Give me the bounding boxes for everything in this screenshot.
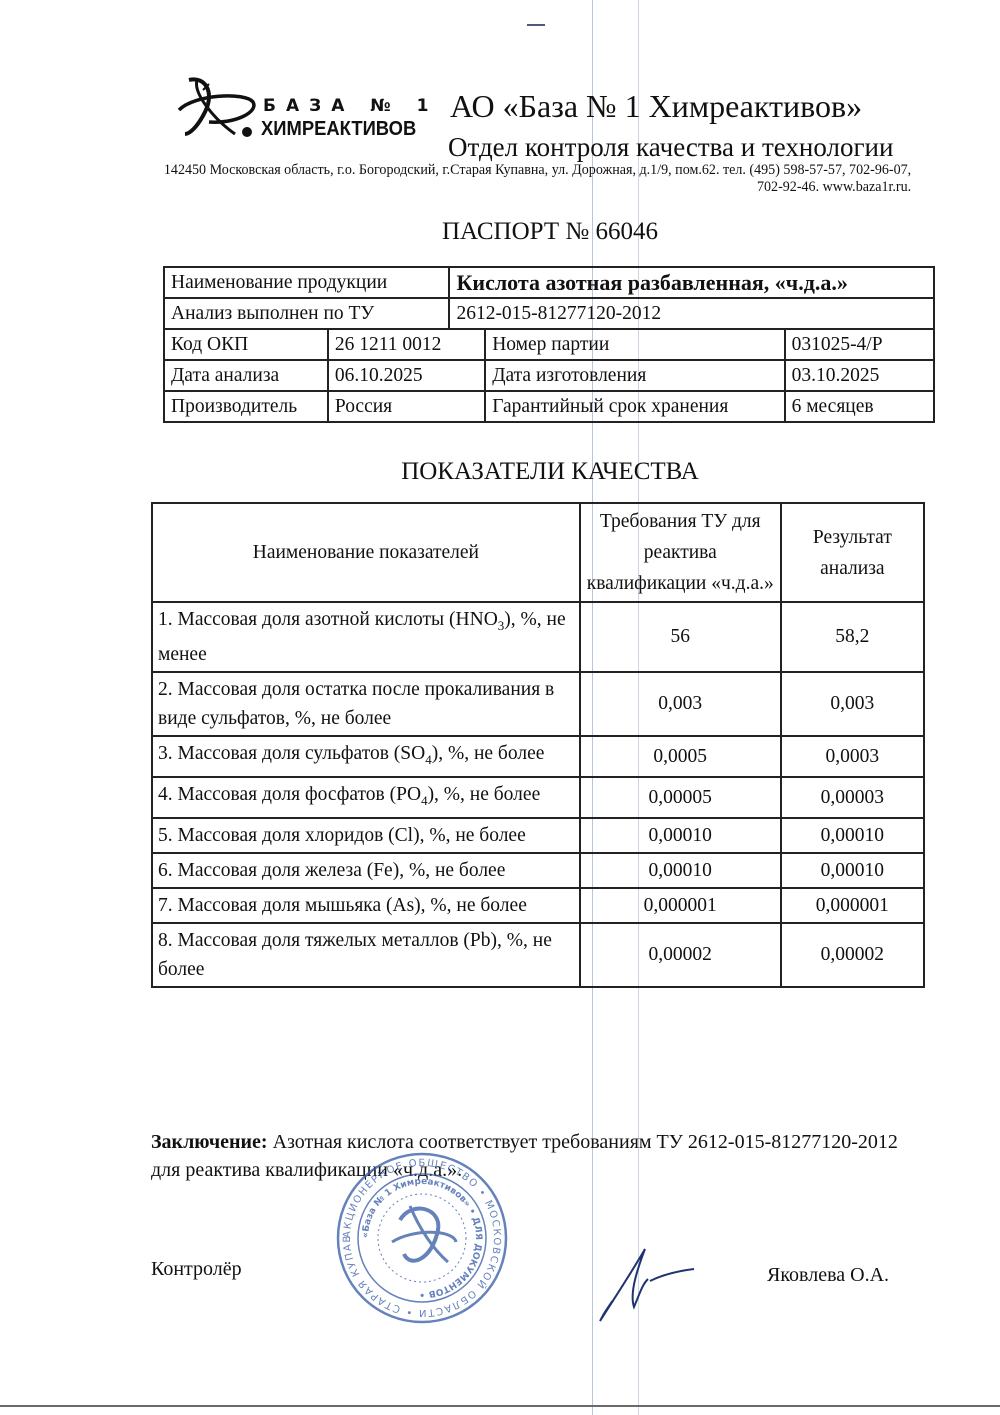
- indicator-name: 8. Массовая доля тяжелых металлов (Pb), …: [152, 923, 580, 987]
- spec-label: Анализ выполнен по ТУ: [164, 298, 449, 329]
- logo-text-baza: БАЗА № 1: [263, 96, 438, 116]
- table-row: 3. Массовая доля сульфатов (SO4), %, не …: [152, 736, 924, 777]
- table-row: 4. Массовая доля фосфатов (PO4), %, не б…: [152, 777, 924, 818]
- result-value: 0,00010: [781, 853, 924, 888]
- svg-text:«База № 1 Химреактивов» • ДЛЯ: «База № 1 Химреактивов» • ДЛЯ ДОКУМЕНТОВ…: [361, 1177, 483, 1299]
- result-value: 0,00010: [781, 818, 924, 853]
- result-value: 0,00003: [781, 777, 924, 818]
- scan-mark: [527, 24, 545, 26]
- letterhead: БАЗА № 1 ХИМРЕАКТИВОВ АО «База № 1 Химре…: [175, 72, 935, 202]
- table-header-row: Наименование показателей Требования ТУ д…: [152, 503, 924, 602]
- result-value: 0,0003: [781, 736, 924, 777]
- result-value: 0,003: [781, 672, 924, 736]
- indicator-name: 4. Массовая доля фосфатов (PO4), %, не б…: [152, 777, 580, 818]
- indicator-name: 3. Массовая доля сульфатов (SO4), %, не …: [152, 736, 580, 777]
- table-row: 6. Массовая доля железа (Fe), %, не боле…: [152, 853, 924, 888]
- indicator-name: 2. Массовая доля остатка после прокалива…: [152, 672, 580, 736]
- indicator-name: 5. Массовая доля хлоридов (Cl), %, не бо…: [152, 818, 580, 853]
- indicator-name: 7. Массовая доля мышьяка (As), %, не бол…: [152, 888, 580, 923]
- product-label: Наименование продукции: [164, 267, 449, 298]
- conclusion: Заключение: Азотная кислота соответствуе…: [151, 1128, 911, 1184]
- result-value: 58,2: [781, 602, 924, 672]
- quality-section-title: ПОКАЗАТЕЛИ КАЧЕСТВА: [0, 458, 1000, 486]
- company-stamp-icon: АКЦИОНЕРНОЕ ОБЩЕСТВО • МОСКОВСКОЙ ОБЛАСТ…: [334, 1150, 510, 1326]
- signature-icon: [590, 1245, 700, 1325]
- batch-value: 031025-4/Р: [785, 329, 934, 360]
- controller-name: Яковлева О.А.: [767, 1264, 889, 1287]
- requirement-value: 0,0005: [580, 736, 781, 777]
- quality-indicators-table: Наименование показателей Требования ТУ д…: [151, 502, 925, 988]
- manufacture-date-value: 03.10.2025: [785, 360, 934, 391]
- passport-title: ПАСПОРТ № 66046: [0, 218, 1000, 246]
- result-value: 0,00002: [781, 923, 924, 987]
- logo-text-khimreaktivov: ХИМРЕАКТИВОВ: [261, 118, 416, 141]
- table-row: 2. Массовая доля остатка после прокалива…: [152, 672, 924, 736]
- result-value: 0,000001: [781, 888, 924, 923]
- requirement-value: 56: [580, 602, 781, 672]
- conclusion-label: Заключение:: [151, 1131, 268, 1153]
- product-value: Кислота азотная разбавленная, «ч.д.а.»: [449, 267, 934, 298]
- okp-label: Код ОКП: [164, 329, 328, 360]
- requirement-value: 0,00010: [580, 818, 781, 853]
- requirement-value: 0,003: [580, 672, 781, 736]
- department-name: Отдел контроля качества и технологии: [448, 132, 893, 163]
- manufacturer-label: Производитель: [164, 391, 328, 422]
- company-address: 142450 Московская область, г.о. Богородс…: [140, 162, 911, 196]
- table-row: 5. Массовая доля хлоридов (Cl), %, не бо…: [152, 818, 924, 853]
- requirement-value: 0,00002: [580, 923, 781, 987]
- batch-label: Номер партии: [485, 329, 784, 360]
- company-name: АО «База № 1 Химреактивов»: [450, 88, 862, 125]
- manufacture-date-label: Дата изготовления: [485, 360, 784, 391]
- table-row: 7. Массовая доля мышьяка (As), %, не бол…: [152, 888, 924, 923]
- requirement-value: 0,000001: [580, 888, 781, 923]
- shelf-life-label: Гарантийный срок хранения: [485, 391, 784, 422]
- shelf-life-value: 6 месяцев: [785, 391, 934, 422]
- analysis-date-label: Дата анализа: [164, 360, 328, 391]
- indicator-name: 6. Массовая доля железа (Fe), %, не боле…: [152, 853, 580, 888]
- indicator-name: 1. Массовая доля азотной кислоты (HNO3),…: [152, 602, 580, 672]
- analysis-date-value: 06.10.2025: [328, 360, 485, 391]
- manufacturer-value: Россия: [328, 391, 485, 422]
- product-info-table: Наименование продукции Кислота азотная р…: [163, 266, 935, 423]
- header-result: Результат анализа: [781, 503, 924, 602]
- spec-value: 2612-015-81277120-2012: [449, 298, 934, 329]
- okp-value: 26 1211 0012: [328, 329, 485, 360]
- table-row: 1. Массовая доля азотной кислоты (HNO3),…: [152, 602, 924, 672]
- table-row: 8. Массовая доля тяжелых металлов (Pb), …: [152, 923, 924, 987]
- company-logo-icon: [175, 72, 257, 142]
- requirement-value: 0,00005: [580, 777, 781, 818]
- requirement-value: 0,00010: [580, 853, 781, 888]
- header-requirement: Требования ТУ для реактива квалификации …: [580, 503, 781, 602]
- page-bottom-edge: [0, 1405, 1000, 1407]
- controller-role: Контролёр: [151, 1258, 242, 1281]
- header-indicator-name: Наименование показателей: [152, 503, 580, 602]
